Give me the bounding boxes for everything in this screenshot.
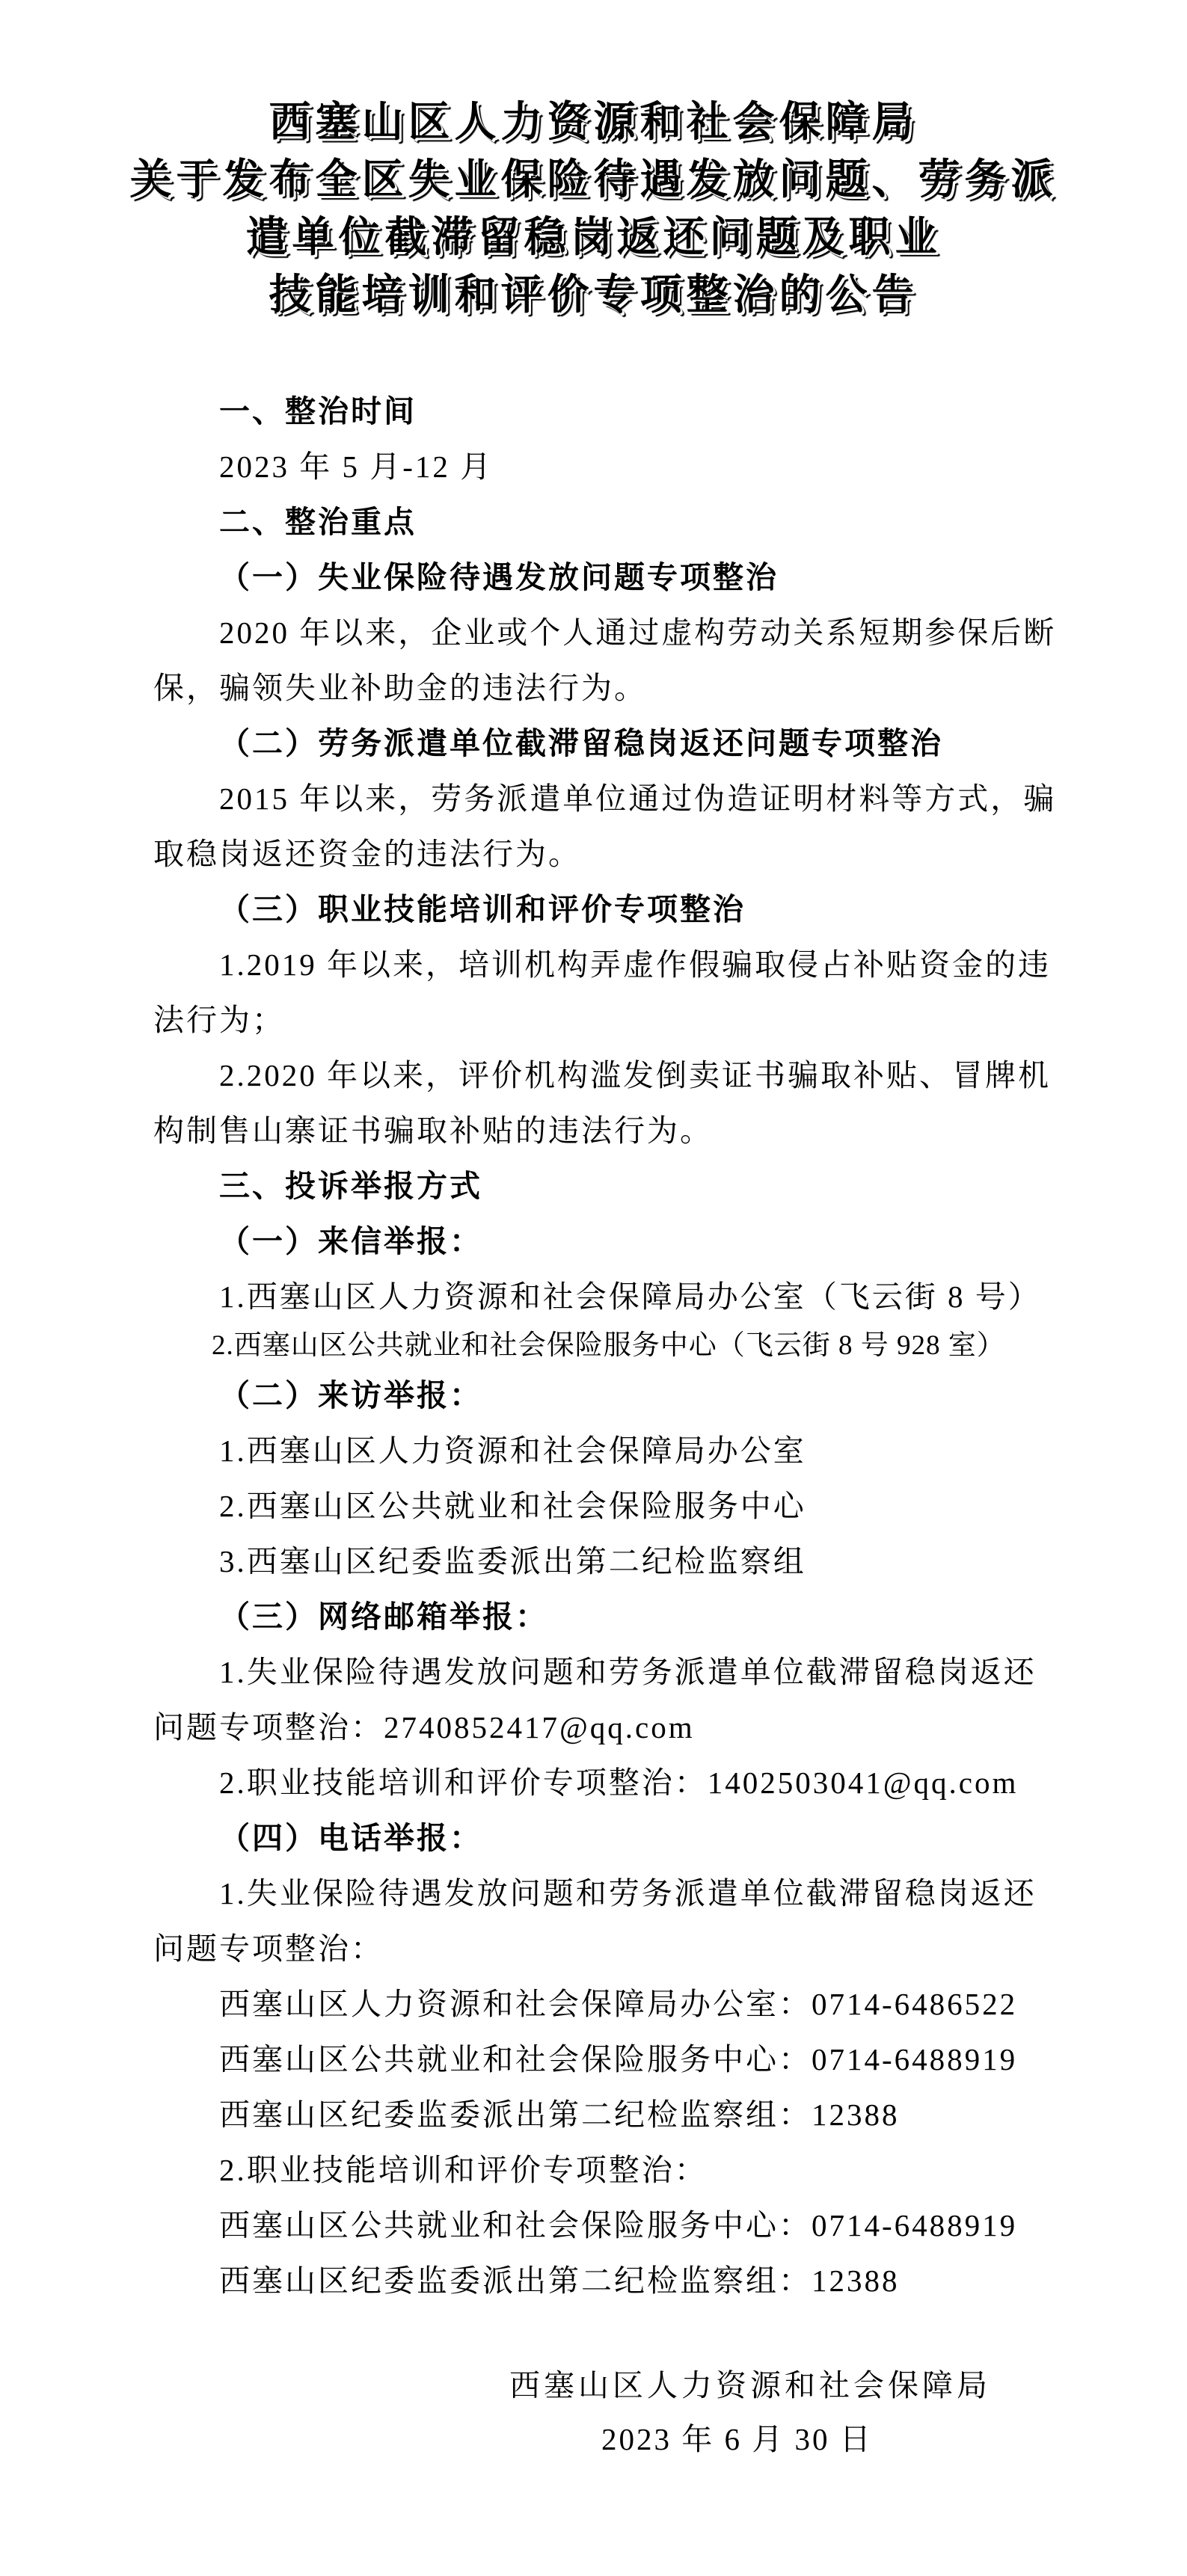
title-line: 技能培训和评价专项整治的公告: [0, 267, 1187, 325]
title-line: 遣单位截滞留稳岗返还问题及职业: [0, 209, 1187, 267]
doc-line: （三）网络邮箱举报：: [153, 1589, 1040, 1644]
doc-line: （三）职业技能培训和评价专项整治: [153, 882, 1040, 937]
doc-line: 西塞山区公共就业和社会保险服务中心：0714-6488919: [153, 2198, 1040, 2253]
doc-line: 2.西塞山区公共就业和社会保险服务中心: [153, 1478, 1040, 1534]
doc-line: 1.2019 年以来，培训机构弄虚作假骗取侵占补贴资金的违: [153, 937, 1040, 992]
doc-line: 2020 年以来，企业或个人通过虚构劳动关系短期参保后断: [153, 605, 1040, 660]
closing-signature: 西塞山区人力资源和社会保障局: [509, 2358, 991, 2413]
announcement-document: { "title": { "lines": [ "西塞山区人力资源和社会保障局"…: [0, 0, 1187, 2576]
doc-line: （一）失业保险待遇发放问题专项整治: [153, 550, 1040, 605]
doc-line: 一、整治时间: [153, 384, 1040, 439]
doc-line: 2015 年以来，劳务派遣单位通过伪造证明材料等方式，骗: [153, 771, 1040, 826]
doc-line: 1.西塞山区人力资源和社会保障局办公室: [153, 1423, 1040, 1478]
doc-line: 取稳岗返还资金的违法行为。: [153, 826, 1040, 882]
title-line: 关于发布全区失业保险待遇发放问题、劳务派: [0, 152, 1187, 209]
doc-line: 2.职业技能培训和评价专项整治：: [153, 2142, 1040, 2198]
doc-line: 保，骗领失业补助金的违法行为。: [153, 660, 1040, 716]
doc-line: 1.失业保险待遇发放问题和劳务派遣单位截滞留稳岗返还: [153, 1866, 1040, 1921]
doc-line: 西塞山区纪委监委派出第二纪检监察组：12388: [153, 2087, 1040, 2142]
closing-date: 2023 年 6 月 30 日: [601, 2411, 873, 2467]
doc-line: 西塞山区人力资源和社会保障局办公室：0714-6486522: [153, 1976, 1040, 2032]
doc-line: （一）来信举报：: [153, 1214, 1040, 1269]
doc-line: 1.失业保险待遇发放问题和劳务派遣单位截滞留稳岗返还: [153, 1644, 1040, 1700]
doc-line: 问题专项整治：: [153, 1921, 1040, 1976]
doc-line: 西塞山区纪委监委派出第二纪检监察组：12388: [153, 2253, 1040, 2308]
title-line: 西塞山区人力资源和社会保障局: [0, 94, 1187, 152]
doc-line: 二、整治重点: [153, 494, 1040, 550]
document-title: 西塞山区人力资源和社会保障局关于发布全区失业保险待遇发放问题、劳务派遣单位截滞留…: [0, 94, 1187, 325]
doc-line: 2.职业技能培训和评价专项整治：1402503041@qq.com: [153, 1755, 1040, 1810]
doc-line: 2023 年 5 月-12 月: [153, 439, 1040, 494]
doc-line: （四）电话举报：: [153, 1810, 1040, 1866]
doc-line: 1.西塞山区人力资源和社会保障局办公室（飞云街 8 号）: [153, 1269, 1040, 1324]
doc-line: 法行为；: [153, 992, 1040, 1048]
doc-line: 2.西塞山区公共就业和社会保险服务中心（飞云街 8 号 928 室）: [153, 1324, 1040, 1368]
doc-line: 2.2020 年以来，评价机构滥发倒卖证书骗取补贴、冒牌机: [153, 1048, 1040, 1103]
doc-line: （二）来访举报：: [153, 1368, 1040, 1423]
doc-line: 3.西塞山区纪委监委派出第二纪检监察组: [153, 1534, 1040, 1589]
doc-line: （二）劳务派遣单位截滞留稳岗返还问题专项整治: [153, 716, 1040, 771]
doc-line: 构制售山寨证书骗取补贴的违法行为。: [153, 1103, 1040, 1158]
doc-line: 问题专项整治：2740852417@qq.com: [153, 1700, 1040, 1755]
document-body: 一、整治时间2023 年 5 月-12 月二、整治重点（一）失业保险待遇发放问题…: [153, 384, 1040, 2308]
doc-line: 西塞山区公共就业和社会保险服务中心：0714-6488919: [153, 2032, 1040, 2087]
doc-line: 三、投诉举报方式: [153, 1158, 1040, 1214]
